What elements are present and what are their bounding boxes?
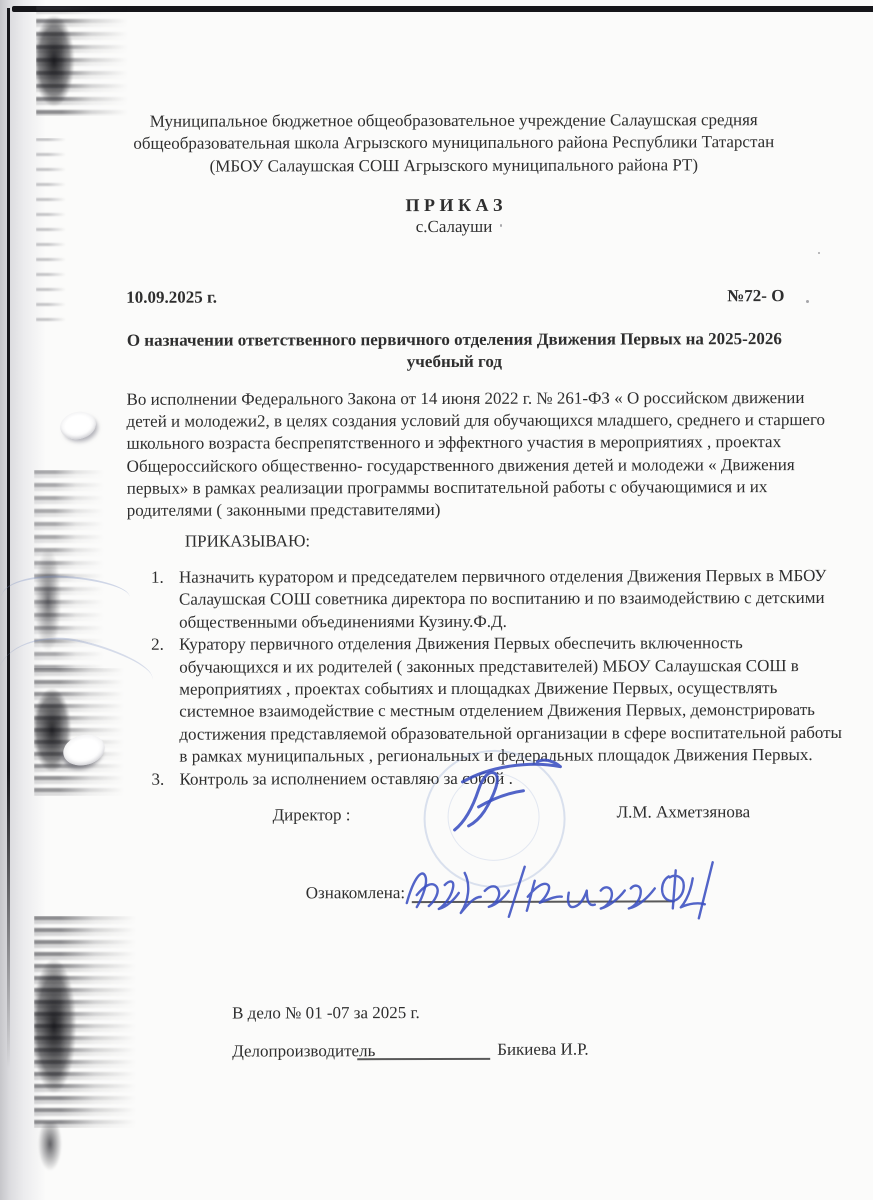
- order-place: с.Салауши: [104, 215, 804, 239]
- order-item: 2. Куратору первичного отделения Движени…: [0, 632, 873, 769]
- subject-line: учебный год: [104, 350, 804, 374]
- preamble: Во исполнении Федерального Закона от 14 …: [126, 387, 825, 522]
- item-line: Куратору первичного отделения Движения П…: [179, 632, 859, 656]
- order-heading: П Р И К А З с.Салауши: [104, 193, 804, 240]
- director-label: Директор :: [273, 805, 351, 825]
- case-note: В дело № 01 -07 за 2025 г.: [232, 1003, 420, 1023]
- item-text: Куратору первичного отделения Движения П…: [179, 632, 859, 768]
- preamble-line: детей и молодежи2, в целях создания усло…: [127, 409, 826, 433]
- acknowledgement-signature: [395, 850, 717, 929]
- item-line: системное взаимодействие с местным отдел…: [179, 699, 859, 723]
- item-number: 3.: [151, 768, 173, 790]
- document-content: Муниципальное бюджетное общеобразователь…: [0, 0, 873, 1200]
- decree-word: ПРИКАЗЫВАЮ:: [185, 531, 310, 551]
- order-item: 1. Назначить куратором и председателем п…: [0, 565, 873, 635]
- clerk-label: Делопроизводитель: [232, 1041, 375, 1061]
- preamble-line: родителями ( законными представителями): [127, 498, 826, 522]
- item-number: 2.: [151, 634, 173, 656]
- scanned-order-document: Муниципальное бюджетное общеобразователь…: [0, 0, 873, 1200]
- subject-line: О назначении ответственного первичного о…: [104, 328, 804, 352]
- item-line: общественными объединениями Кузину.Ф.Д.: [179, 610, 859, 634]
- item-line: достижения представляемой образовательно…: [179, 722, 859, 746]
- order-subject: О назначении ответственного первичного о…: [104, 328, 804, 375]
- item-line: обучающихся и их родителей ( законных пр…: [179, 655, 859, 679]
- letterhead-line: общеобразовательная школа Агрызского мун…: [104, 131, 804, 155]
- item-line: Салаушская СОШ советника директора по во…: [179, 587, 859, 611]
- order-date: 10.09.2025 г.: [126, 288, 217, 308]
- preamble-line: первых» в рамках реализации программы во…: [127, 476, 826, 500]
- letterhead-line: (МБОУ Салаушская СОШ Агрызского муниципа…: [104, 154, 804, 178]
- order-number: №72- О: [727, 286, 784, 306]
- director-signature: [434, 756, 576, 846]
- clerk-signature-line: [357, 1058, 490, 1060]
- order-word: П Р И К А З: [104, 193, 804, 217]
- letterhead-line: Муниципальное бюджетное общеобразователь…: [104, 109, 804, 133]
- preamble-line: Во исполнении Федерального Закона от 14 …: [126, 387, 825, 411]
- director-name: Л.М. Ахметзянова: [617, 802, 751, 822]
- item-number: 1.: [151, 567, 173, 589]
- clerk-name: Бикиева И.Р.: [497, 1040, 589, 1060]
- acknowledgement-label: Ознакомлена:: [306, 883, 405, 903]
- preamble-line: Общероссийского общественно- государстве…: [127, 454, 826, 478]
- item-text: Назначить куратором и председателем перв…: [179, 565, 859, 634]
- item-line: мероприятиях , проектах событиях и площа…: [179, 677, 859, 701]
- preamble-line: школьного возраста беспрепятственного и …: [127, 431, 826, 455]
- item-line: Назначить куратором и председателем перв…: [179, 565, 859, 589]
- letterhead: Муниципальное бюджетное общеобразователь…: [104, 109, 804, 178]
